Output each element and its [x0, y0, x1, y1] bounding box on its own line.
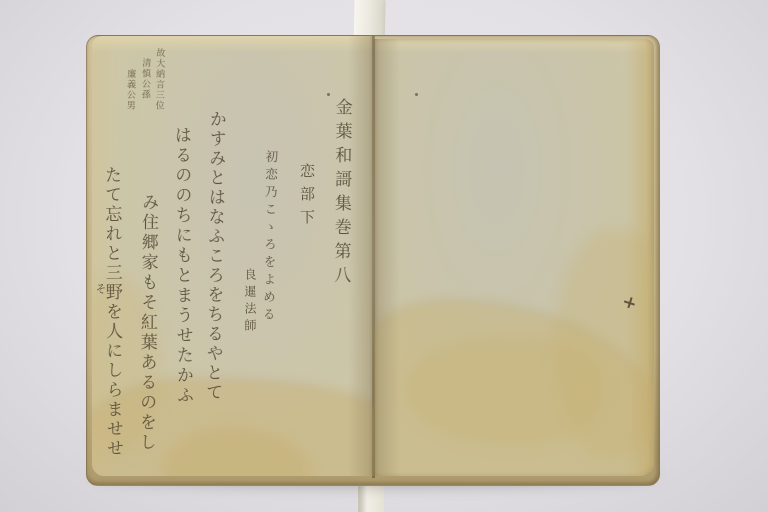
- margin-mark: そ: [95, 283, 106, 294]
- poem-column: み住郷家もそ紅葉あるのをし: [137, 193, 157, 453]
- poet-name: 良暹法師: [244, 268, 256, 336]
- poem-column: たて忘れと三野を人にしらませせ: [102, 166, 121, 459]
- gutter-shadow: [348, 36, 374, 476]
- gutter-shadow: [374, 39, 400, 476]
- water-stain: [628, 39, 654, 476]
- poem-headnote: 初恋乃こゝろをよめる: [261, 150, 277, 325]
- water-stain: [92, 380, 374, 476]
- poem-column: かすみとはなふころをちるやとて: [203, 110, 224, 403]
- collector-note-column: 故大納言三位: [153, 48, 163, 111]
- volume-title: 金葉和謌集巻第八: [331, 98, 350, 290]
- manuscript-book: 故大納言三位 清慎公孫 廉義公男 金葉和謌集巻第八 恋部下 初恋乃こゝろをよめる…: [90, 34, 658, 480]
- collector-note-column: 廉義公男: [125, 69, 135, 111]
- left-page: 故大納言三位 清慎公孫 廉義公男 金葉和謌集巻第八 恋部下 初恋乃こゝろをよめる…: [92, 36, 374, 476]
- ink-speck: [327, 93, 330, 96]
- right-page: [374, 39, 654, 476]
- collector-note-column: 清慎公孫: [140, 58, 150, 100]
- poem-column: はるののちにもとまうせたかふ: [172, 126, 191, 406]
- ink-speck: [415, 93, 418, 96]
- section-heading: 恋部下: [299, 163, 314, 232]
- photo-backdrop: 故大納言三位 清慎公孫 廉義公男 金葉和謌集巻第八 恋部下 初恋乃こゝろをよめる…: [0, 0, 768, 512]
